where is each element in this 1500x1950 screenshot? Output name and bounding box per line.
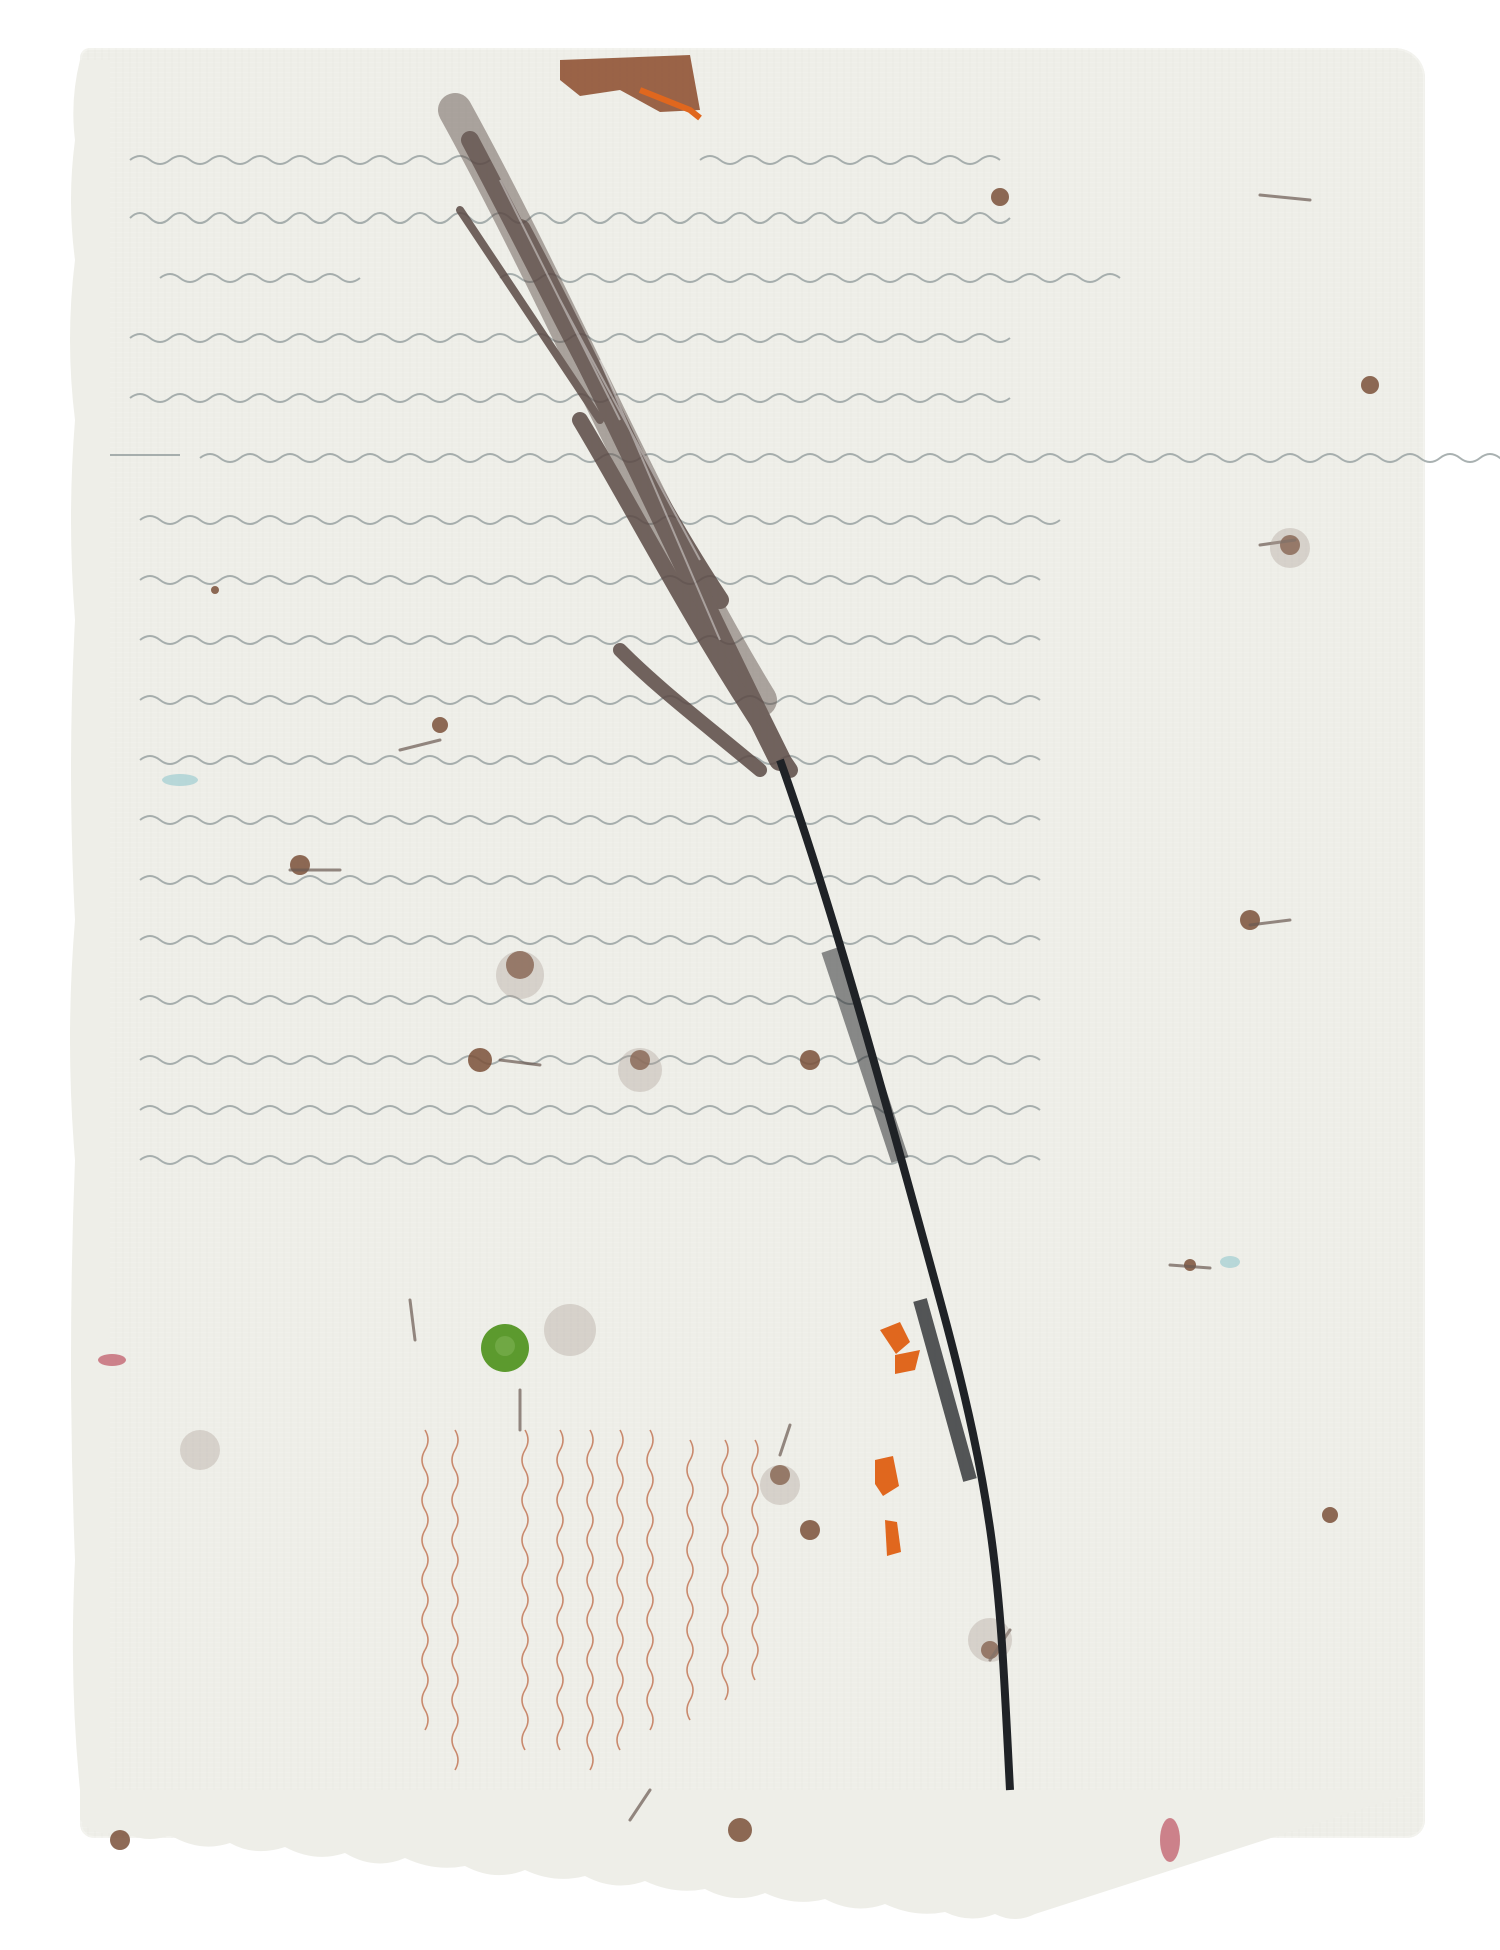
top-paint-patch	[560, 55, 700, 118]
crimson-flecks	[98, 1354, 1180, 1862]
orange-stem-accents	[875, 1322, 920, 1556]
red-script-columns	[422, 1430, 758, 1770]
handwriting-lines	[110, 156, 1500, 1164]
blue-speck-right	[1220, 1256, 1240, 1268]
blue-speck	[162, 774, 198, 786]
green-paint-dot	[481, 1324, 529, 1372]
artwork-svg	[0, 0, 1500, 1950]
grass-seed-head	[455, 110, 790, 770]
seed-inclusions	[110, 188, 1379, 1850]
artwork-canvas: Handmade seed paper with pressed grass s…	[0, 0, 1500, 1950]
